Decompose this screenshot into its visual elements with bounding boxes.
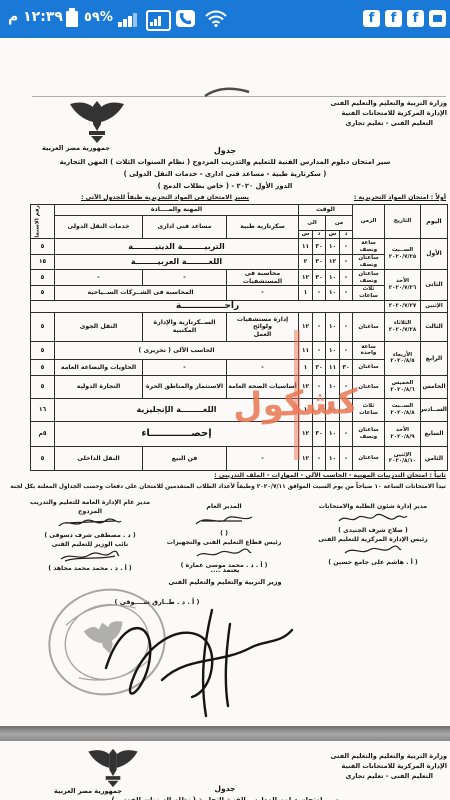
- doc-professions: ( سكرتارية طبية - مساعد فنى ادارى - خدما…: [0, 170, 450, 178]
- table-cell: -: [227, 286, 299, 301]
- table-cell: -: [340, 341, 353, 359]
- table-cell: -: [340, 286, 353, 301]
- table-cell: الأحد ٢٠٢٠/٨/٩: [385, 421, 421, 446]
- ministry-letterhead: وزارة التربية والتعليم والتعليم الفنى ال…: [237, 751, 447, 781]
- signature-block-middle: المدير العام ( ) رئيس قطاع التعليم الفنى…: [158, 502, 290, 570]
- table-header-cell: رقم الاستمارة: [31, 205, 55, 239]
- table-cell: -: [313, 341, 326, 359]
- app-window-icon: [429, 10, 446, 27]
- table-cell: ٥: [31, 359, 55, 375]
- table-header-cell: س: [299, 231, 313, 239]
- table-header-cell: الوقت: [299, 205, 353, 216]
- table-cell: النقل الجوى: [55, 312, 143, 341]
- table-cell: ساعتان ونصف: [353, 421, 385, 446]
- table-row: ٥النقل الجوىالســكرتارية والإدارة المكتب…: [31, 312, 448, 341]
- table-cell: -: [313, 446, 326, 470]
- signature: [59, 550, 121, 563]
- table-cell: ١٦: [31, 398, 55, 421]
- table-cell: ٥: [31, 375, 55, 398]
- table-row: ٥الحاسب الآلى ( تحريرى )١١-١٠-ساعة واحدة…: [31, 341, 448, 359]
- signal-bars-icon: [118, 12, 140, 27]
- doc-session: الدور الأول ٢٠٢٠ - ( خاص بطلاب الدمج ): [0, 182, 450, 190]
- exam-table: رقم الاستمارة المهنة والمــــادة الوقت ا…: [30, 204, 448, 471]
- signature: [192, 512, 256, 528]
- table-cell: الثالث: [421, 312, 448, 341]
- signer-name: ( د . مصطفى شرف دسوقى ): [26, 531, 154, 540]
- document-page-1: وزارة التربية والتعليم والتعليم الفنى ال…: [0, 38, 450, 726]
- table-header-cell: المهنة والمــــادة: [55, 205, 299, 216]
- table-cell: ٣٠: [313, 255, 326, 270]
- table-cell: ساعة ونصف: [353, 239, 385, 255]
- table-cell: الثامن: [421, 446, 448, 470]
- table-cell: -: [227, 359, 299, 375]
- table-cell: ساعتان ونصف: [353, 270, 385, 286]
- table-header-cell: اليوم: [421, 205, 448, 239]
- table-cell: ساعتان: [353, 359, 385, 375]
- table-cell: ١: [299, 359, 313, 375]
- table-cell: ١٠: [326, 341, 340, 359]
- table-header-cell: الى: [299, 216, 326, 231]
- network-bars-icon: [146, 10, 171, 31]
- table-cell: ١٠: [326, 421, 340, 446]
- table-cell: -: [340, 255, 353, 270]
- table-cell: ٥: [31, 341, 55, 359]
- table-cell: -: [340, 312, 353, 341]
- table-cell: -: [340, 421, 353, 446]
- ministry-line: التعليم الفنى - تعليم تجارى: [237, 771, 447, 781]
- table-cell: الســادس: [421, 398, 448, 421]
- table-cell: الســكرتارية والإدارة المكتبية: [143, 312, 227, 341]
- table-cell: ساعتان ونصف: [353, 255, 385, 270]
- battery-icon: [66, 11, 78, 27]
- table-cell: محاسبة فى المستشفيات: [227, 270, 299, 286]
- table-cell: المحاسبة فى الشــركات الســياحية: [55, 286, 227, 301]
- table-cell: التجارة الدولية: [55, 375, 143, 398]
- table-cell: ١١: [326, 359, 340, 375]
- table-cell: ١١: [299, 341, 313, 359]
- table-cell: السابع: [421, 421, 448, 446]
- table-cell: ثلاث ساعات: [353, 286, 385, 301]
- table-cell: -: [143, 359, 227, 375]
- table-cell: ساعتان: [353, 446, 385, 470]
- document-page-2: جمهورية مصر العربية وزارة التربية والتعل…: [0, 741, 450, 800]
- table-cell: ٣٠: [313, 270, 326, 286]
- table-cell: ١٥: [31, 255, 55, 270]
- table-cell: الحاسب الآلى ( تحريرى ): [55, 341, 299, 359]
- doc-title: جدول: [0, 784, 450, 793]
- approval-word: يعتمد ....: [0, 566, 450, 574]
- table-cell: الرابع: [421, 341, 448, 375]
- table-cell: النقل الداخلى: [55, 446, 143, 470]
- signature: [337, 512, 409, 525]
- table-cell: راحــــــــــــــة: [31, 301, 385, 313]
- table-cell: ١٠: [326, 446, 340, 470]
- ministry-line: الإدارة المركزية للامتحانات الفنية: [237, 761, 447, 771]
- facebook-icon: f: [407, 10, 424, 27]
- phone-screen: { "status_bar": { "time": "١٢:٣٩ م", "ba…: [0, 0, 450, 800]
- table-header-cell: الزمن: [353, 205, 385, 239]
- table-header-cell: سكرتارية طبية: [227, 216, 299, 239]
- table-cell: ٥: [31, 239, 55, 255]
- table-cell: ٥: [31, 286, 55, 301]
- ministry-line: وزارة التربية والتعليم والتعليم الفنى: [237, 98, 447, 108]
- table-cell: الثلاثاء ٢٠٢٠/٧/٢٨: [385, 312, 421, 341]
- minister-signature: [92, 598, 302, 723]
- table-cell: ١٠: [326, 239, 340, 255]
- signer-title: المدير العام: [158, 502, 290, 511]
- table-cell: ساعة واحدة: [353, 341, 385, 359]
- table-row: راحــــــــــــــة٢٠٢٠/٧/٢٧الإثنين: [31, 301, 448, 313]
- ministry-line: الإدارة المركزية للامتحانات الفنية: [237, 108, 447, 118]
- table-cell: ٢٠٢٠/٧/٢٧: [385, 301, 421, 313]
- table-cell: الأحد ٢٠٢٠/٧/٢٦: [385, 270, 421, 301]
- table-cell: ٥م: [31, 421, 55, 446]
- table-cell: الأربعاء ٢٠٢٠/٨/٥: [385, 341, 421, 375]
- facebook-icon: f: [385, 10, 402, 27]
- table-cell: ٢: [299, 255, 313, 270]
- battery-percent: %٥٩: [84, 10, 113, 25]
- table-header-cell: س: [326, 231, 340, 239]
- clock: ١٢:٣٩ م: [8, 9, 63, 25]
- table-cell: ٥: [31, 270, 55, 286]
- table-cell: ٥: [31, 312, 55, 341]
- table-cell: الاستثمار والمناطق الحرة: [143, 375, 227, 398]
- intro-line: يسير الامتحان فى المواد التحريرية طبقاً …: [0, 194, 390, 201]
- table-cell: التربيــــــــة الدينيــــــــة: [55, 239, 299, 255]
- table-row: ٥التربيــــــــة الدينيــــــــة١١٣٠١٠-س…: [31, 239, 448, 255]
- signature-block-left: مدير عام الإدارة العامة للتعليم والتدريب…: [26, 498, 154, 573]
- signature: [343, 545, 403, 557]
- ministry-letterhead: وزارة التربية والتعليم والتعليم الفنى ال…: [237, 98, 447, 128]
- signer-name: ( ): [158, 529, 290, 538]
- table-cell: إدارة مستشفيات ولوائح العمل: [227, 312, 299, 341]
- table-header-cell: د: [313, 231, 326, 239]
- table-cell: فن البيع: [143, 446, 227, 470]
- table-cell: ٣٠: [313, 359, 326, 375]
- signature-block-right: مدير إدارة شئون الطلبة والامتحانات ( صلا…: [300, 502, 446, 567]
- table-cell: ١٢: [326, 255, 340, 270]
- table-header-row: رقم الاستمارة المهنة والمــــادة الوقت ا…: [31, 205, 448, 216]
- table-cell: الخامس: [421, 375, 448, 398]
- table-row: ٥النقل الداخلىفن البيع-١٢-١٠-ساعتانالإثن…: [31, 446, 448, 470]
- table-cell: ١٠: [326, 286, 340, 301]
- table-cell: -: [227, 446, 299, 470]
- table-cell: ٣٠: [313, 421, 326, 446]
- signer-title: رئيس قطاع التعليم الفنى والتجهيزات: [158, 538, 290, 547]
- signer-title: نائب الوزير للتعليم الفنى: [26, 540, 154, 549]
- doc-subtitle: سير امتحان دبلوم المدارس الفنية للتعليم …: [0, 158, 450, 166]
- table-cell: -: [143, 270, 227, 286]
- page-separator: [0, 726, 450, 741]
- table-cell: الســبت ٢٠٢٠/٧/٢٥: [385, 239, 421, 270]
- table-cell: ٣٠: [313, 239, 326, 255]
- ministry-line: التعليم الفنى - تعليم تجارى: [237, 118, 447, 128]
- table-cell: الحاويات والبضاعة العامة: [55, 359, 143, 375]
- signer-name: ( صلاح شرف الجنيدى ): [300, 526, 446, 535]
- table-cell: -: [340, 446, 353, 470]
- exam-start-note: تبدأ الامتحانات الساعة ١٠ صباحاً من يوم …: [4, 484, 446, 490]
- table-header-cell: التاريخ: [385, 205, 421, 239]
- table-cell: الإثنين: [421, 301, 448, 313]
- table-cell: -: [313, 312, 326, 341]
- second-section-heading: ثانياً : امتحان التدريبات المهنية - الحا…: [214, 472, 446, 479]
- table-header-cell: من: [326, 216, 353, 231]
- table-header-cell: مساعد فنى ادارى: [143, 216, 227, 239]
- table-header-cell: خدمات النقل الدولى: [55, 216, 143, 239]
- table-cell: -: [340, 239, 353, 255]
- table-cell: ١٢: [299, 312, 313, 341]
- ministry-line: وزارة التربية والتعليم والتعليم الفنى: [237, 751, 447, 761]
- wifi-icon: [204, 10, 228, 28]
- egypt-eagle-emblem-icon: [80, 746, 146, 788]
- signature: [195, 548, 253, 560]
- table-cell: ١٢: [299, 270, 313, 286]
- table-cell: ٣٠: [340, 359, 353, 375]
- egypt-eagle-emblem-icon: [62, 98, 132, 144]
- status-bar: ١٢:٣٩ م %٥٩ f f f: [0, 0, 450, 38]
- minister-title: وزير التربية والتعليم والتعليم الفنى: [0, 578, 450, 586]
- phone-icon: [176, 10, 195, 27]
- signer-title: رئيس الإدارة المركزية للتعليم الفنى: [300, 535, 446, 544]
- table-cell: -: [313, 286, 326, 301]
- signature: [57, 517, 123, 530]
- table-header-cell: د: [340, 231, 353, 239]
- table-row: ٥--محاسبة فى المستشفيات١٢٣٠١٠-ساعتان ونص…: [31, 270, 448, 286]
- table-cell: ١٢: [299, 421, 313, 446]
- table-cell: ٥: [31, 446, 55, 470]
- table-cell: الأول: [421, 239, 448, 270]
- table-cell: -: [55, 270, 143, 286]
- table-cell: ١: [299, 286, 313, 301]
- doc-title: جدول: [0, 146, 450, 155]
- table-cell: الإثنين ٢٠٢٠/٨/١٠: [385, 446, 421, 470]
- facebook-icon: f: [363, 10, 380, 27]
- table-cell: الثانى: [421, 270, 448, 301]
- signer-title: مدير عام الإدارة العامة للتعليم والتدريب…: [26, 498, 154, 516]
- watermark-stroke: [294, 330, 300, 460]
- table-cell: الســبت ٢٠٢٠/٨/٨: [385, 398, 421, 421]
- table-cell: ١١: [299, 239, 313, 255]
- doc-subtitle-partial: سير امتحان دبلوم المدارس الفنية التجارية…: [0, 796, 450, 800]
- table-cell: الخميس ٢٠٢٠/٨/٦: [385, 375, 421, 398]
- signer-title: مدير إدارة شئون الطلبة والامتحانات: [300, 502, 446, 511]
- table-cell: ساعتان: [353, 312, 385, 341]
- table-cell: -: [340, 270, 353, 286]
- table-cell: ١٢: [299, 446, 313, 470]
- table-cell: ١٠: [326, 270, 340, 286]
- table-cell: ١٠: [326, 312, 340, 341]
- table-cell: اللغــــــــة العربيــــــــة: [55, 255, 299, 270]
